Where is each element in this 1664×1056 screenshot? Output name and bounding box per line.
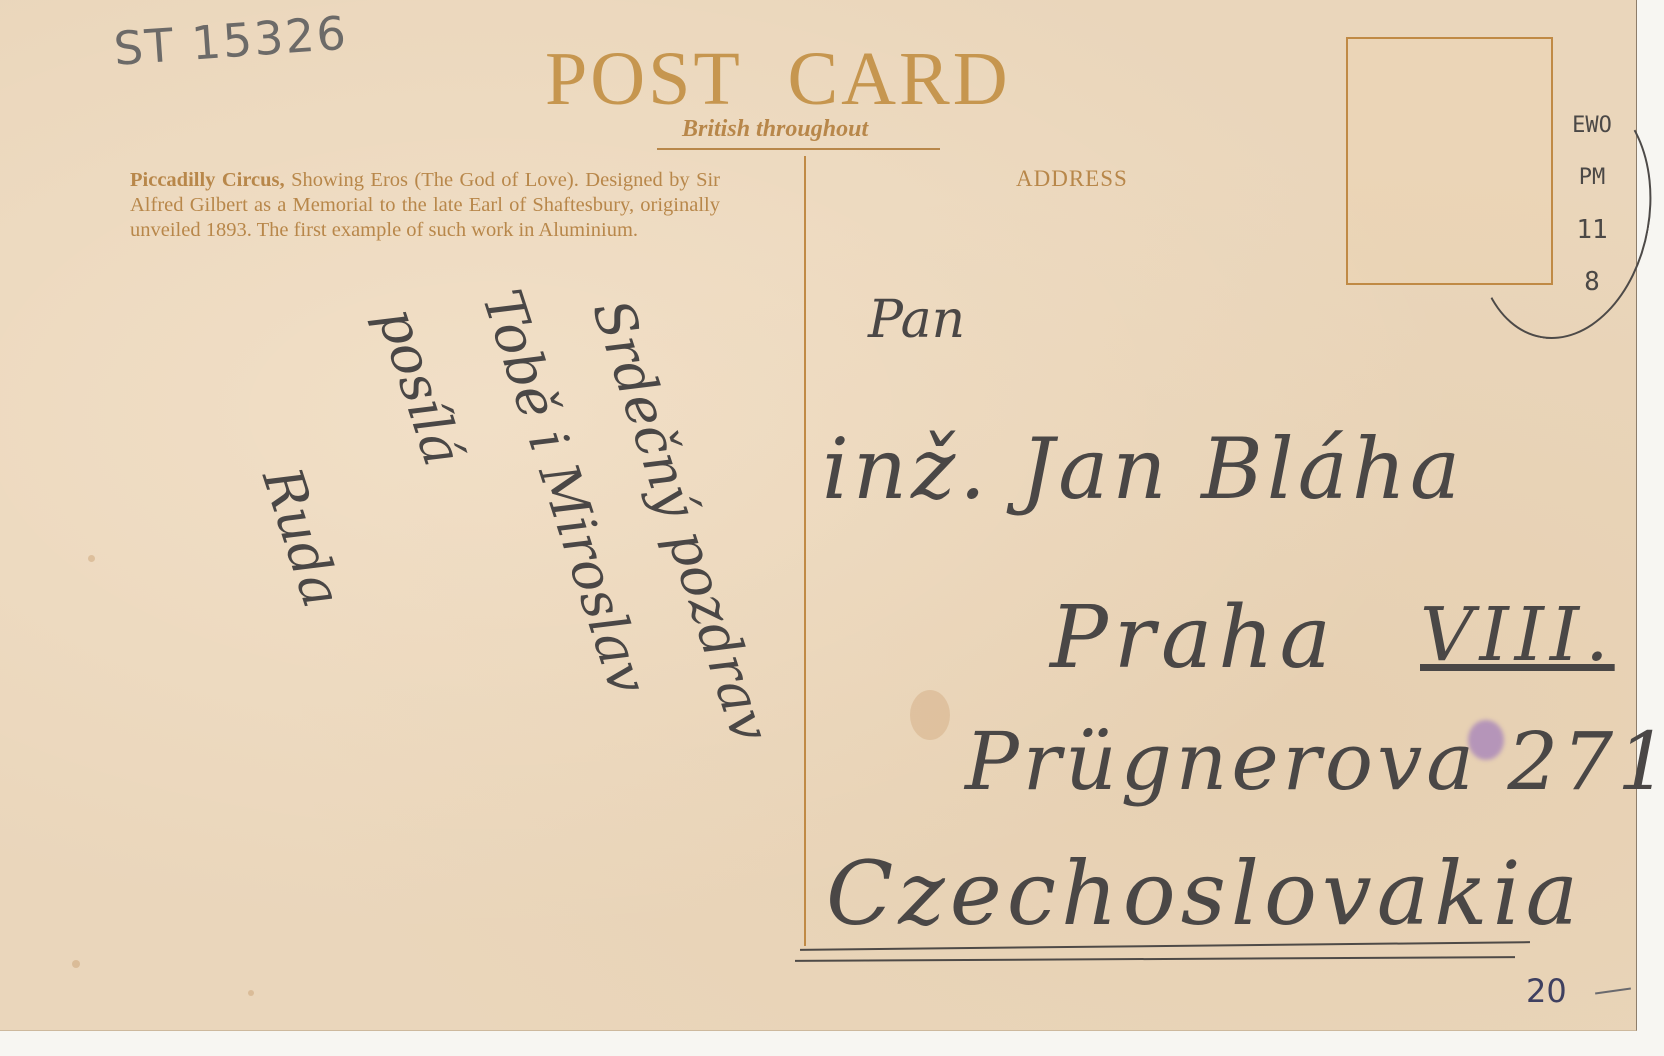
message-signature: Ruda xyxy=(250,460,354,615)
address-country: Czechoslovakia xyxy=(826,842,1583,945)
message-line: posílá xyxy=(365,300,475,473)
stain xyxy=(910,690,950,740)
price-dash xyxy=(1595,988,1631,995)
postmark-text: EWO PM 11 8 xyxy=(1567,100,1617,308)
foxing-spot xyxy=(72,960,80,968)
postcard-subtitle: British throughout xyxy=(682,116,868,143)
price-mark: 20 xyxy=(1526,972,1567,1010)
subtitle-rule xyxy=(657,148,940,150)
underline-rule xyxy=(795,956,1515,962)
address-label: ADDRESS xyxy=(1016,166,1128,192)
address-street: Prügnerova 271 xyxy=(965,715,1664,808)
address-name: inž. Jan Bláha xyxy=(822,420,1464,518)
address-city: Praha xyxy=(1050,588,1337,688)
caption-place: Piccadilly Circus, xyxy=(130,169,285,191)
postcard-title: POST CARD xyxy=(545,36,1011,123)
address-district: VIII. xyxy=(1420,592,1615,678)
picture-caption: Piccadilly Circus, Showing Eros (The God… xyxy=(130,168,720,243)
center-divider xyxy=(804,156,806,946)
address-salutation: Pan xyxy=(868,290,965,350)
postcard-back: ST 15326 POST CARD British throughout Pi… xyxy=(0,0,1637,1031)
foxing-spot xyxy=(248,990,254,996)
archive-number: ST 15326 xyxy=(112,6,349,76)
foxing-spot xyxy=(88,555,95,562)
